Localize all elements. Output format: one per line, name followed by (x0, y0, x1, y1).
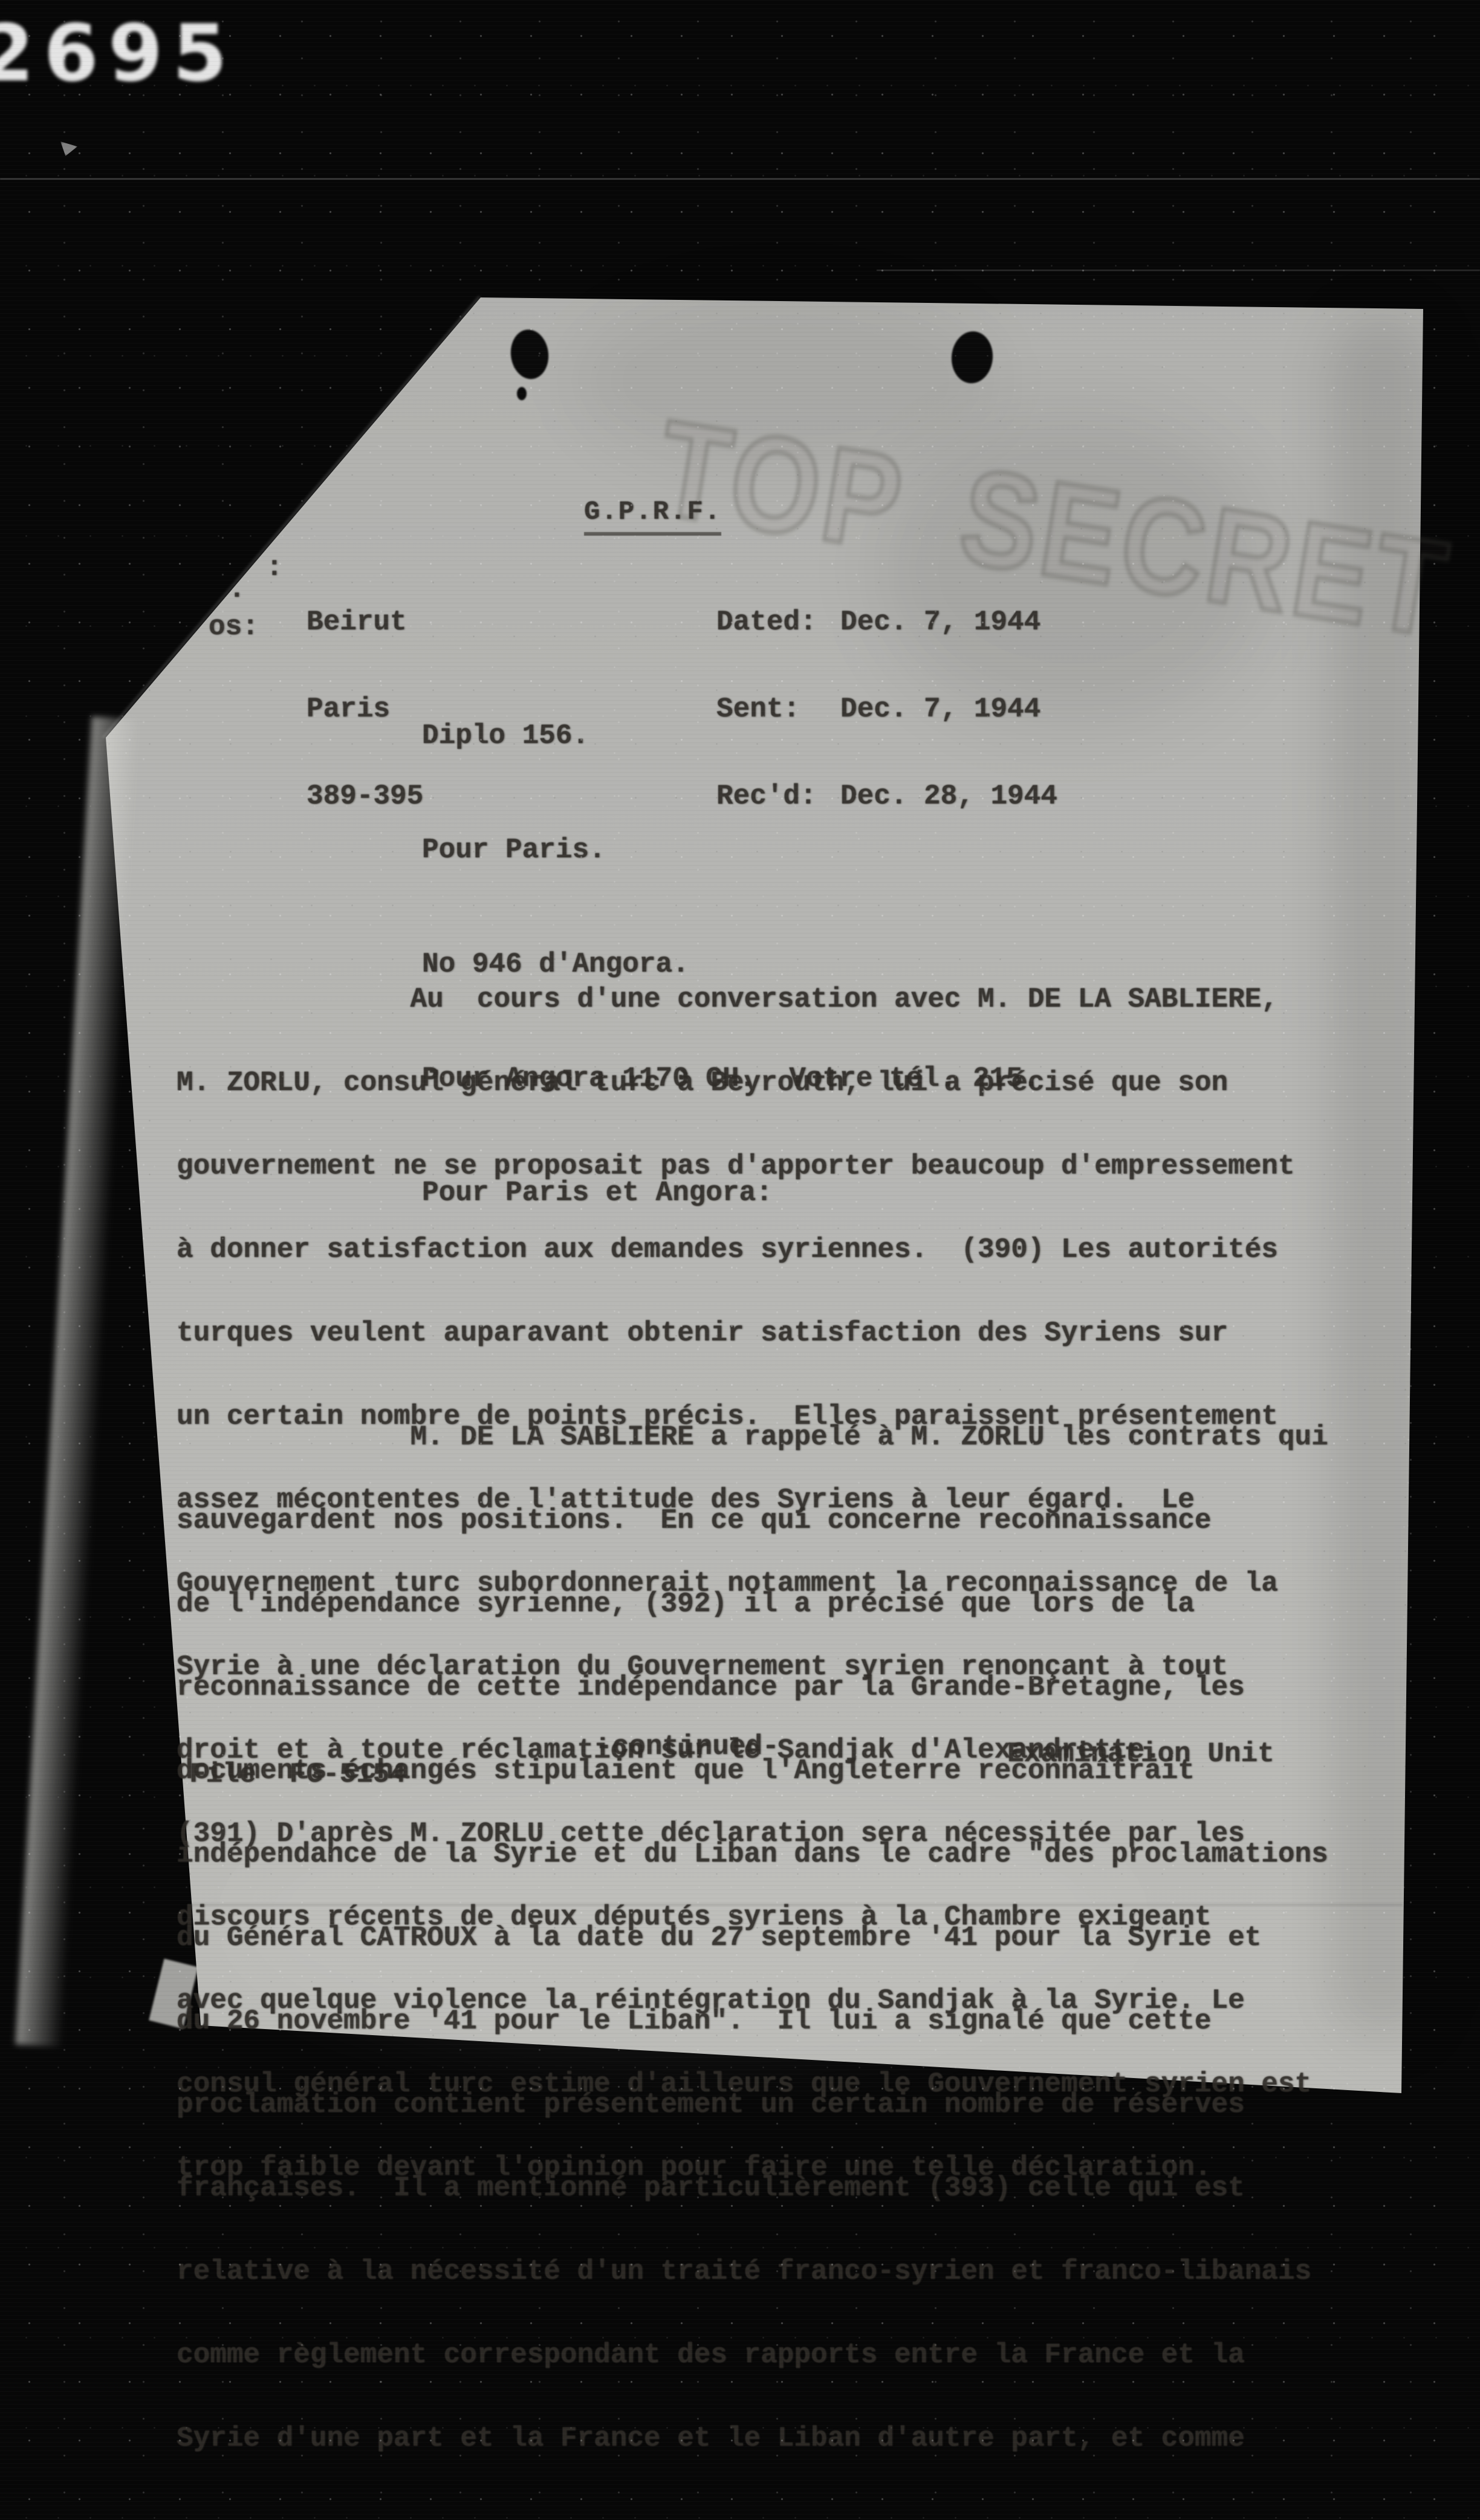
p1-line: gouvernement ne se proposait pas d'appor… (177, 1152, 1311, 1180)
org-header: G.P.R.F. (584, 498, 721, 536)
p2-line: sauvegardent nos positions. En ce qui co… (177, 1507, 1328, 1534)
p2-line: Syrie d'une part et la France et le Liba… (177, 2424, 1328, 2452)
film-scratch-line-top (0, 178, 1480, 180)
p2-line: du 26 novembre '41 pour le Liban". Il lu… (177, 2007, 1328, 2035)
meta-dated-value: Dec. 7, 1944 (840, 608, 1057, 640)
p2-line: du Général CATROUX à la date du 27 septe… (177, 1924, 1328, 1952)
meta-label-fragment-row2: . (229, 576, 245, 603)
paragraph-2: M. DE LA SABLIERE a rappelé à M. ZORLU l… (177, 1368, 1328, 2480)
meta-label-fragment-row1: : (266, 554, 283, 582)
examination-unit-label: Examination Unit (1007, 1740, 1274, 1768)
ref-pour-paris: Pour Paris. (422, 836, 1039, 895)
meta-left-values: Beirut Paris 389-395 (307, 553, 423, 842)
p1-line: turques veulent auparavant obtenir satis… (177, 1319, 1311, 1347)
meta-dated-label: Dated: (716, 608, 817, 640)
p1-line: à donner satisfaction aux demandes syrie… (177, 1236, 1311, 1264)
p2-line: indépendance de la Syrie et du Liban dan… (177, 1840, 1328, 1868)
p2-line: de l'indépendance syrienne, (392) il a p… (177, 1590, 1328, 1618)
p2-line: reconnaissance de cette indépendance par… (177, 1674, 1328, 1701)
file-number: File FG-5154 (189, 1761, 406, 1788)
meta-label-fragment-row3: os: (209, 613, 259, 641)
ref-diplo: Diplo 156. (422, 722, 1039, 781)
microfilm-scan: { "film": { "frame_number": "2695" }, "s… (0, 0, 1480, 2520)
p2-line: françaises. Il a mentionné particulièrem… (177, 2174, 1328, 2202)
continued-marker: -continued- (596, 1733, 779, 1761)
p2-line: M. DE LA SABLIERE a rappelé à M. ZORLU l… (177, 1423, 1328, 1451)
meta-destination: Paris (307, 695, 423, 727)
p1-line: Au cours d'une conversation avec M. DE L… (177, 986, 1311, 1013)
p2-line: comme règlement correspondant des rappor… (177, 2341, 1328, 2369)
p1-line: M. ZORLU, consul général turc à Beyrouth… (177, 1069, 1311, 1097)
punch-hole-left-fragment (517, 387, 527, 400)
film-scratch-line-upper-right (877, 270, 1480, 271)
meta-numbers: 389-395 (307, 782, 423, 814)
film-frame-number: 2695 (0, 7, 237, 99)
meta-origin: Beirut (307, 608, 423, 640)
p2-line: relative à la nécessité d'un traité fran… (177, 2258, 1328, 2285)
p2-line: proclamation contient présentement un ce… (177, 2091, 1328, 2119)
